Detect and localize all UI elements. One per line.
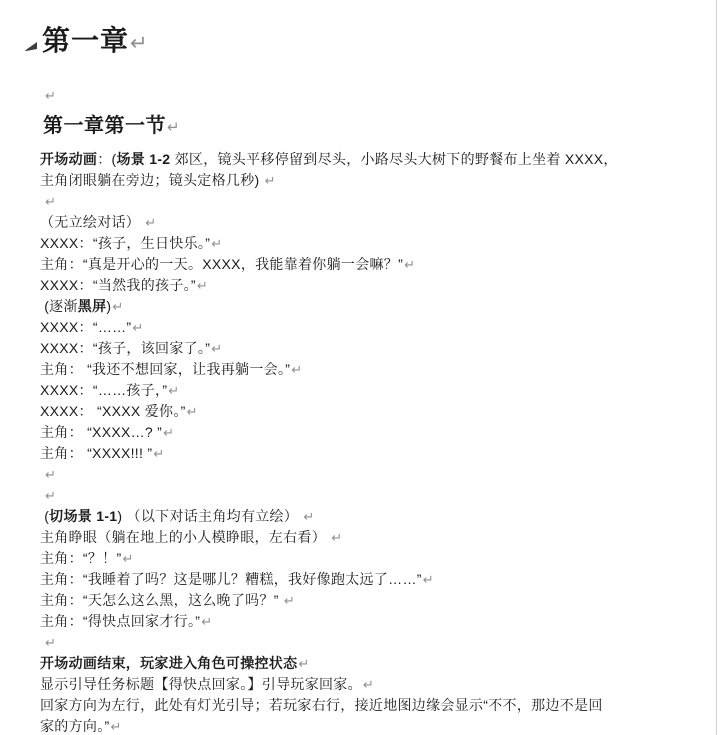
text-run: XXXX：“……” bbox=[40, 319, 131, 335]
text-run: XXXX：“孩子，该回家了。” bbox=[40, 340, 210, 356]
pilcrow-mark: ↵ bbox=[283, 593, 295, 608]
text-run: 家的方向。” bbox=[40, 718, 109, 734]
text-run: XXXX： “XXXX 爱你。” bbox=[40, 403, 186, 419]
paragraph: XXXX：“……孩子，”↵ bbox=[40, 380, 688, 401]
pilcrow-mark: ↵ bbox=[131, 320, 143, 335]
text-run: 主角：“真是开心的一天。XXXX，我能靠着你躺一会嘛？” bbox=[40, 256, 403, 272]
pilcrow-mark: ↵ bbox=[200, 614, 212, 629]
text-run: 主角：“得快点回家才行。” bbox=[40, 613, 200, 629]
paragraph: 回家方向为左行，此处有灯光引导；若玩家右行，接近地图边缘会显示“不不，那边不是回… bbox=[40, 695, 688, 735]
pilcrow-mark: ↵ bbox=[362, 677, 374, 692]
text-run: 主角：“？！” bbox=[40, 550, 121, 566]
text-run: 场景 1-2 bbox=[116, 151, 170, 167]
pilcrow-mark: ↵ bbox=[129, 32, 148, 55]
text-run: 主角： “XXXX…? ” bbox=[40, 424, 162, 440]
pilcrow-mark: ↵ bbox=[109, 719, 121, 734]
document-page: 第一章↵↵第一章第一节↵开场动画：(场景 1-2 郊区，镜头平移停留到尽头，小路… bbox=[0, 0, 717, 735]
paragraph: XXXX： “XXXX 爱你。”↵ bbox=[40, 401, 688, 422]
pilcrow-mark: ↵ bbox=[144, 215, 156, 230]
pilcrow-mark: ↵ bbox=[302, 509, 314, 524]
document-body: 第一章↵↵第一章第一节↵开场动画：(场景 1-2 郊区，镜头平移停留到尽头，小路… bbox=[40, 24, 688, 735]
text-run: 开场动画 bbox=[40, 151, 97, 167]
paragraph: 开场动画结束，玩家进入角色可操控状态↵ bbox=[40, 653, 688, 674]
text-run: 主角： “我还不想回家，让我再躺一会。” bbox=[40, 361, 290, 377]
pilcrow-mark: ↵ bbox=[210, 236, 222, 251]
empty-paragraph: ↵ bbox=[44, 85, 688, 106]
pilcrow-mark: ↵ bbox=[403, 257, 415, 272]
paragraph: (切场景 1-1) （以下对话主角均有立绘） ↵ bbox=[40, 506, 688, 527]
paragraph: 开场动画：(场景 1-2 郊区，镜头平移停留到尽头，小路尽头大树下的野餐布上坐着… bbox=[40, 149, 688, 191]
text-run: ：( bbox=[97, 151, 116, 167]
chapter-heading: 第一章↵ bbox=[42, 24, 688, 61]
paragraph: XXXX：“当然我的孩子。”↵ bbox=[40, 275, 688, 296]
empty-paragraph: ↵ bbox=[44, 191, 688, 212]
pilcrow-mark: ↵ bbox=[196, 278, 208, 293]
text-run: 主角睁眼（躺在地上的小人模睁眼，左右看） bbox=[40, 529, 330, 545]
empty-paragraph: ↵ bbox=[44, 485, 688, 506]
paragraph: 主角：“天怎么这么黑，这么晚了吗？” ↵ bbox=[40, 590, 688, 611]
word-document-viewport: 第一章↵↵第一章第一节↵开场动画：(场景 1-2 郊区，镜头平移停留到尽头，小路… bbox=[0, 0, 720, 735]
text-run: 主角闭眼躺在旁边；镜头定格几秒) bbox=[40, 172, 264, 188]
pilcrow-mark: ↵ bbox=[264, 173, 276, 188]
paragraph: 主角睁眼（躺在地上的小人模睁眼，左右看） ↵ bbox=[40, 527, 688, 548]
paragraph: 主角：“？！”↵ bbox=[40, 548, 688, 569]
pilcrow-mark: ↵ bbox=[44, 467, 56, 482]
text-run: 切场景 1-1 bbox=[49, 508, 117, 524]
text-run: 回家方向为左行，此处有灯光引导；若玩家右行，接近地图边缘会显示“不不，那边不是回 bbox=[40, 697, 603, 713]
paragraph: 主角： “XXXX!!! ”↵ bbox=[40, 443, 688, 464]
text-run: 主角：“天怎么这么黑，这么晚了吗？” bbox=[40, 592, 283, 608]
text-run: 显示引导任务标题【得快点回家。】引导玩家回家。 bbox=[40, 676, 362, 692]
text-run: ( bbox=[40, 508, 49, 524]
pilcrow-mark: ↵ bbox=[121, 551, 133, 566]
paragraph: XXXX：“……”↵ bbox=[40, 317, 688, 338]
empty-paragraph: ↵ bbox=[44, 464, 688, 485]
text-run: 第一章第一节 bbox=[43, 115, 166, 137]
text-run: XXXX：“……孩子，” bbox=[40, 382, 167, 398]
paragraph: XXXX：“孩子，该回家了。”↵ bbox=[40, 338, 688, 359]
pilcrow-mark: ↵ bbox=[152, 446, 164, 461]
pilcrow-mark: ↵ bbox=[111, 299, 123, 314]
pilcrow-mark: ↵ bbox=[330, 530, 342, 545]
pilcrow-mark: ↵ bbox=[162, 425, 174, 440]
pilcrow-mark: ↵ bbox=[44, 488, 56, 503]
pilcrow-mark: ↵ bbox=[44, 194, 56, 209]
text-run: 郊区，镜头平移停留到尽头，小路尽头大树下的野餐布上坐着 XXXX， bbox=[170, 151, 617, 167]
text-run: 第一章 bbox=[42, 25, 129, 56]
paragraph: XXXX：“孩子，生日快乐。”↵ bbox=[40, 233, 688, 254]
paragraph: 主角： “XXXX…? ”↵ bbox=[40, 422, 688, 443]
text-run: 主角：“我睡着了吗？这是哪儿？糟糕，我好像跑太远了……” bbox=[40, 571, 422, 587]
pilcrow-mark: ↵ bbox=[210, 341, 222, 356]
pilcrow-mark: ↵ bbox=[186, 404, 198, 419]
paragraph: 主角： “我还不想回家，让我再躺一会。”↵ bbox=[40, 359, 688, 380]
paragraph: 显示引导任务标题【得快点回家。】引导玩家回家。↵ bbox=[40, 674, 688, 695]
paragraph: 主角：“得快点回家才行。”↵ bbox=[40, 611, 688, 632]
pilcrow-mark: ↵ bbox=[44, 635, 56, 650]
heading-collapse-triangle-icon[interactable] bbox=[25, 41, 37, 51]
pilcrow-mark: ↵ bbox=[290, 362, 302, 377]
paragraph: 主角：“真是开心的一天。XXXX，我能靠着你躺一会嘛？”↵ bbox=[40, 254, 688, 275]
pilcrow-mark: ↵ bbox=[166, 119, 180, 136]
paragraph: (逐渐黑屏)↵ bbox=[40, 296, 688, 317]
section-heading: 第一章第一节↵ bbox=[43, 112, 688, 142]
paragraph: 主角：“我睡着了吗？这是哪儿？糟糕，我好像跑太远了……”↵ bbox=[40, 569, 688, 590]
text-run: （无立绘对话） bbox=[40, 214, 144, 230]
text-run: 主角： “XXXX!!! ” bbox=[40, 445, 152, 461]
pilcrow-mark: ↵ bbox=[422, 572, 434, 587]
pilcrow-mark: ↵ bbox=[167, 383, 179, 398]
text-run: 开场动画结束，玩家进入角色可操控状态 bbox=[40, 655, 297, 671]
pilcrow-mark: ↵ bbox=[297, 656, 309, 671]
pilcrow-mark: ↵ bbox=[44, 88, 56, 103]
paragraph: （无立绘对话） ↵ bbox=[40, 212, 688, 233]
text-run: 黑屏 bbox=[78, 298, 107, 314]
text-run: ) （以下对话主角均有立绘） bbox=[117, 508, 302, 524]
text-run: (逐渐 bbox=[40, 298, 78, 314]
empty-paragraph: ↵ bbox=[44, 632, 688, 653]
text-run: XXXX：“孩子，生日快乐。” bbox=[40, 235, 210, 251]
text-run: XXXX：“当然我的孩子。” bbox=[40, 277, 196, 293]
